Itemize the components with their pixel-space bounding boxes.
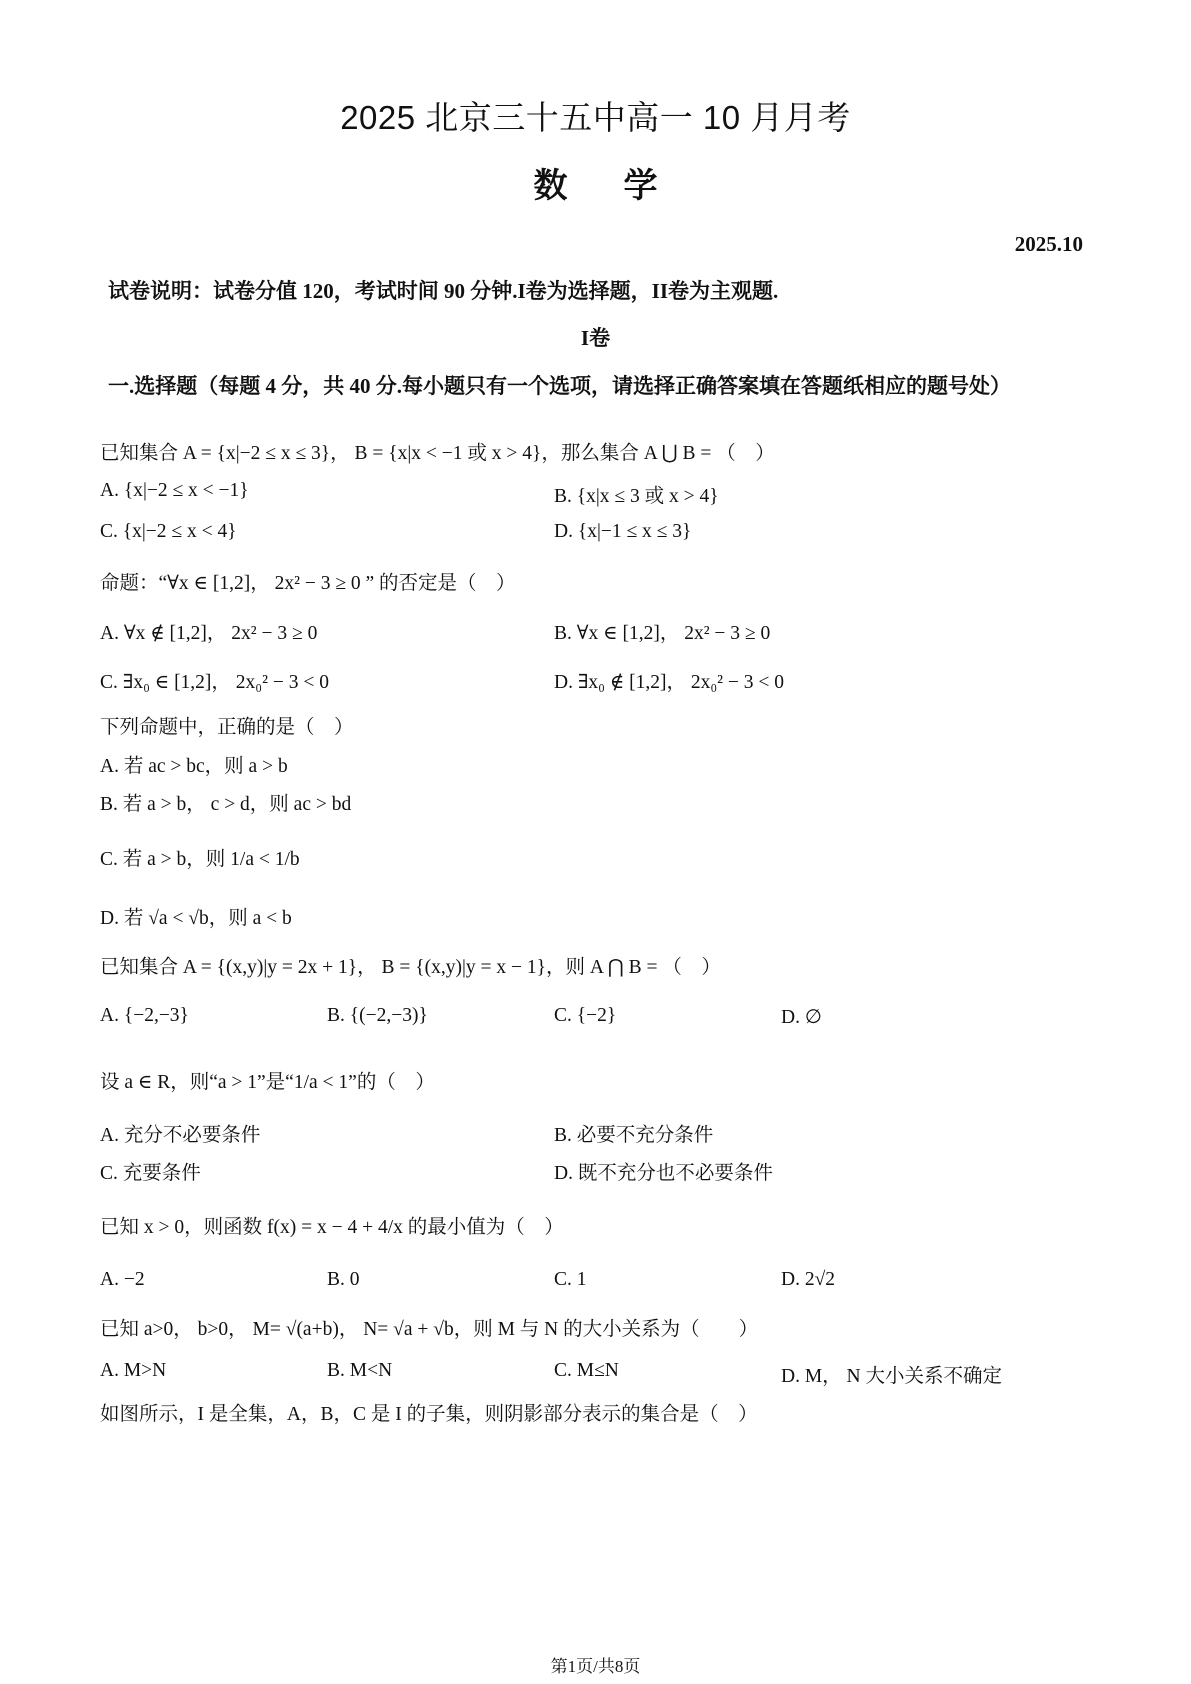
- question-7: 已知 a>0， b>0， M= √(a+b)， N= √a + √b，则 M 与…: [100, 1313, 758, 1341]
- q7-option-c: C. M≤N: [554, 1360, 619, 1382]
- q5-option-b: B. 必要不充分条件: [554, 1119, 713, 1147]
- exam-instructions: 试卷说明：试卷分值 120，考试时间 90 分钟.I卷为选择题，II卷为主观题.: [108, 275, 778, 305]
- q5-option-a: A. 充分不必要条件: [100, 1119, 260, 1147]
- q6-option-d: D. 2√2: [781, 1269, 835, 1291]
- question-2: 命题：“∀x ∈ [1,2]， 2x² − 3 ≥ 0 ” 的否定是（ ）: [100, 567, 516, 595]
- q2-option-b: B. ∀x ∈ [1,2]， 2x² − 3 ≥ 0: [554, 617, 770, 645]
- question-stem: 已知集合 A = {x|−2 ≤ x ≤ 3}， B = {x|x < −1 或…: [100, 443, 775, 464]
- q6-option-c: C. 1: [554, 1269, 587, 1291]
- q3-option-a: A. 若 ac > bc，则 a > b: [100, 750, 288, 778]
- question-stem: 下列命题中，正确的是（ ）: [100, 717, 354, 738]
- question-stem: 已知 a>0， b>0， M= √(a+b)， N= √a + √b，则 M 与…: [100, 1319, 758, 1340]
- subject-char-1: 数: [534, 158, 568, 207]
- q5-option-d: D. 既不充分也不必要条件: [554, 1157, 773, 1185]
- page-indicator: 第1页/共8页: [0, 1652, 1191, 1677]
- question-stem: 已知集合 A = {(x,y)|y = 2x + 1}， B = {(x,y)|…: [100, 957, 721, 978]
- q7-option-b: B. M<N: [327, 1360, 392, 1382]
- q7-option-d: D. M， N 大小关系不确定: [781, 1360, 1002, 1388]
- q4-option-b: B. {(−2,−3)}: [327, 1005, 428, 1027]
- question-stem: 命题：“∀x ∈ [1,2]， 2x² − 3 ≥ 0 ” 的否定是（ ）: [100, 573, 516, 594]
- q2-option-c: C. ∃x₀ ∈ [1,2]， 2x₀² − 3 < 0: [100, 666, 329, 694]
- subject-char-2: 学: [624, 158, 658, 207]
- subject-heading: 数学: [0, 158, 1191, 207]
- question-6: 已知 x > 0，则函数 f(x) = x − 4 + 4/x 的最小值为（ ）: [100, 1211, 564, 1239]
- q6-option-b: B. 0: [327, 1269, 360, 1291]
- q3-option-b: B. 若 a > b， c > d，则 ac > bd: [100, 788, 351, 816]
- q1-option-c: C. {x|−2 ≤ x < 4}: [100, 521, 237, 543]
- exam-date: 2025.10: [1015, 232, 1083, 257]
- question-stem: 已知 x > 0，则函数 f(x) = x − 4 + 4/x 的最小值为（ ）: [100, 1217, 564, 1238]
- question-8: 如图所示，I 是全集，A，B，C 是 I 的子集，则阴影部分表示的集合是（ ）: [100, 1398, 758, 1426]
- question-3: 下列命题中，正确的是（ ）: [100, 711, 354, 739]
- q4-option-a: A. {−2,−3}: [100, 1005, 189, 1027]
- q1-option-b: B. {x|x ≤ 3 或 x > 4}: [554, 480, 719, 508]
- q5-option-c: C. 充要条件: [100, 1157, 201, 1185]
- exam-title: 2025 北京三十五中高一 10 月月考: [0, 92, 1191, 139]
- volume-heading: I卷: [0, 322, 1191, 352]
- question-stem: 如图所示，I 是全集，A，B，C 是 I 的子集，则阴影部分表示的集合是（ ）: [100, 1404, 758, 1425]
- q4-option-d: D. ∅: [781, 1005, 822, 1029]
- question-4: 已知集合 A = {(x,y)|y = 2x + 1}， B = {(x,y)|…: [100, 951, 721, 979]
- q7-option-a: A. M>N: [100, 1360, 166, 1382]
- q1-option-a: A. {x|−2 ≤ x < −1}: [100, 480, 249, 502]
- q2-option-d: D. ∃x₀ ∉ [1,2]， 2x₀² − 3 < 0: [554, 666, 784, 694]
- question-stem: 设 a ∈ R，则“a > 1”是“1/a < 1”的（ ）: [100, 1072, 435, 1093]
- section-heading: 一.选择题（每题 4 分，共 40 分.每小题只有一个选项，请选择正确答案填在答…: [108, 365, 1083, 408]
- q4-option-c: C. {−2}: [554, 1005, 616, 1027]
- q1-option-d: D. {x|−1 ≤ x ≤ 3}: [554, 521, 691, 543]
- q2-option-a: A. ∀x ∉ [1,2]， 2x² − 3 ≥ 0: [100, 617, 317, 645]
- q3-option-d: D. 若 √a < √b，则 a < b: [100, 902, 292, 930]
- q3-option-c: C. 若 a > b，则 1/a < 1/b: [100, 843, 300, 871]
- question-1: 已知集合 A = {x|−2 ≤ x ≤ 3}， B = {x|x < −1 或…: [100, 437, 775, 465]
- q6-option-a: A. −2: [100, 1269, 145, 1291]
- question-5: 设 a ∈ R，则“a > 1”是“1/a < 1”的（ ）: [100, 1066, 435, 1094]
